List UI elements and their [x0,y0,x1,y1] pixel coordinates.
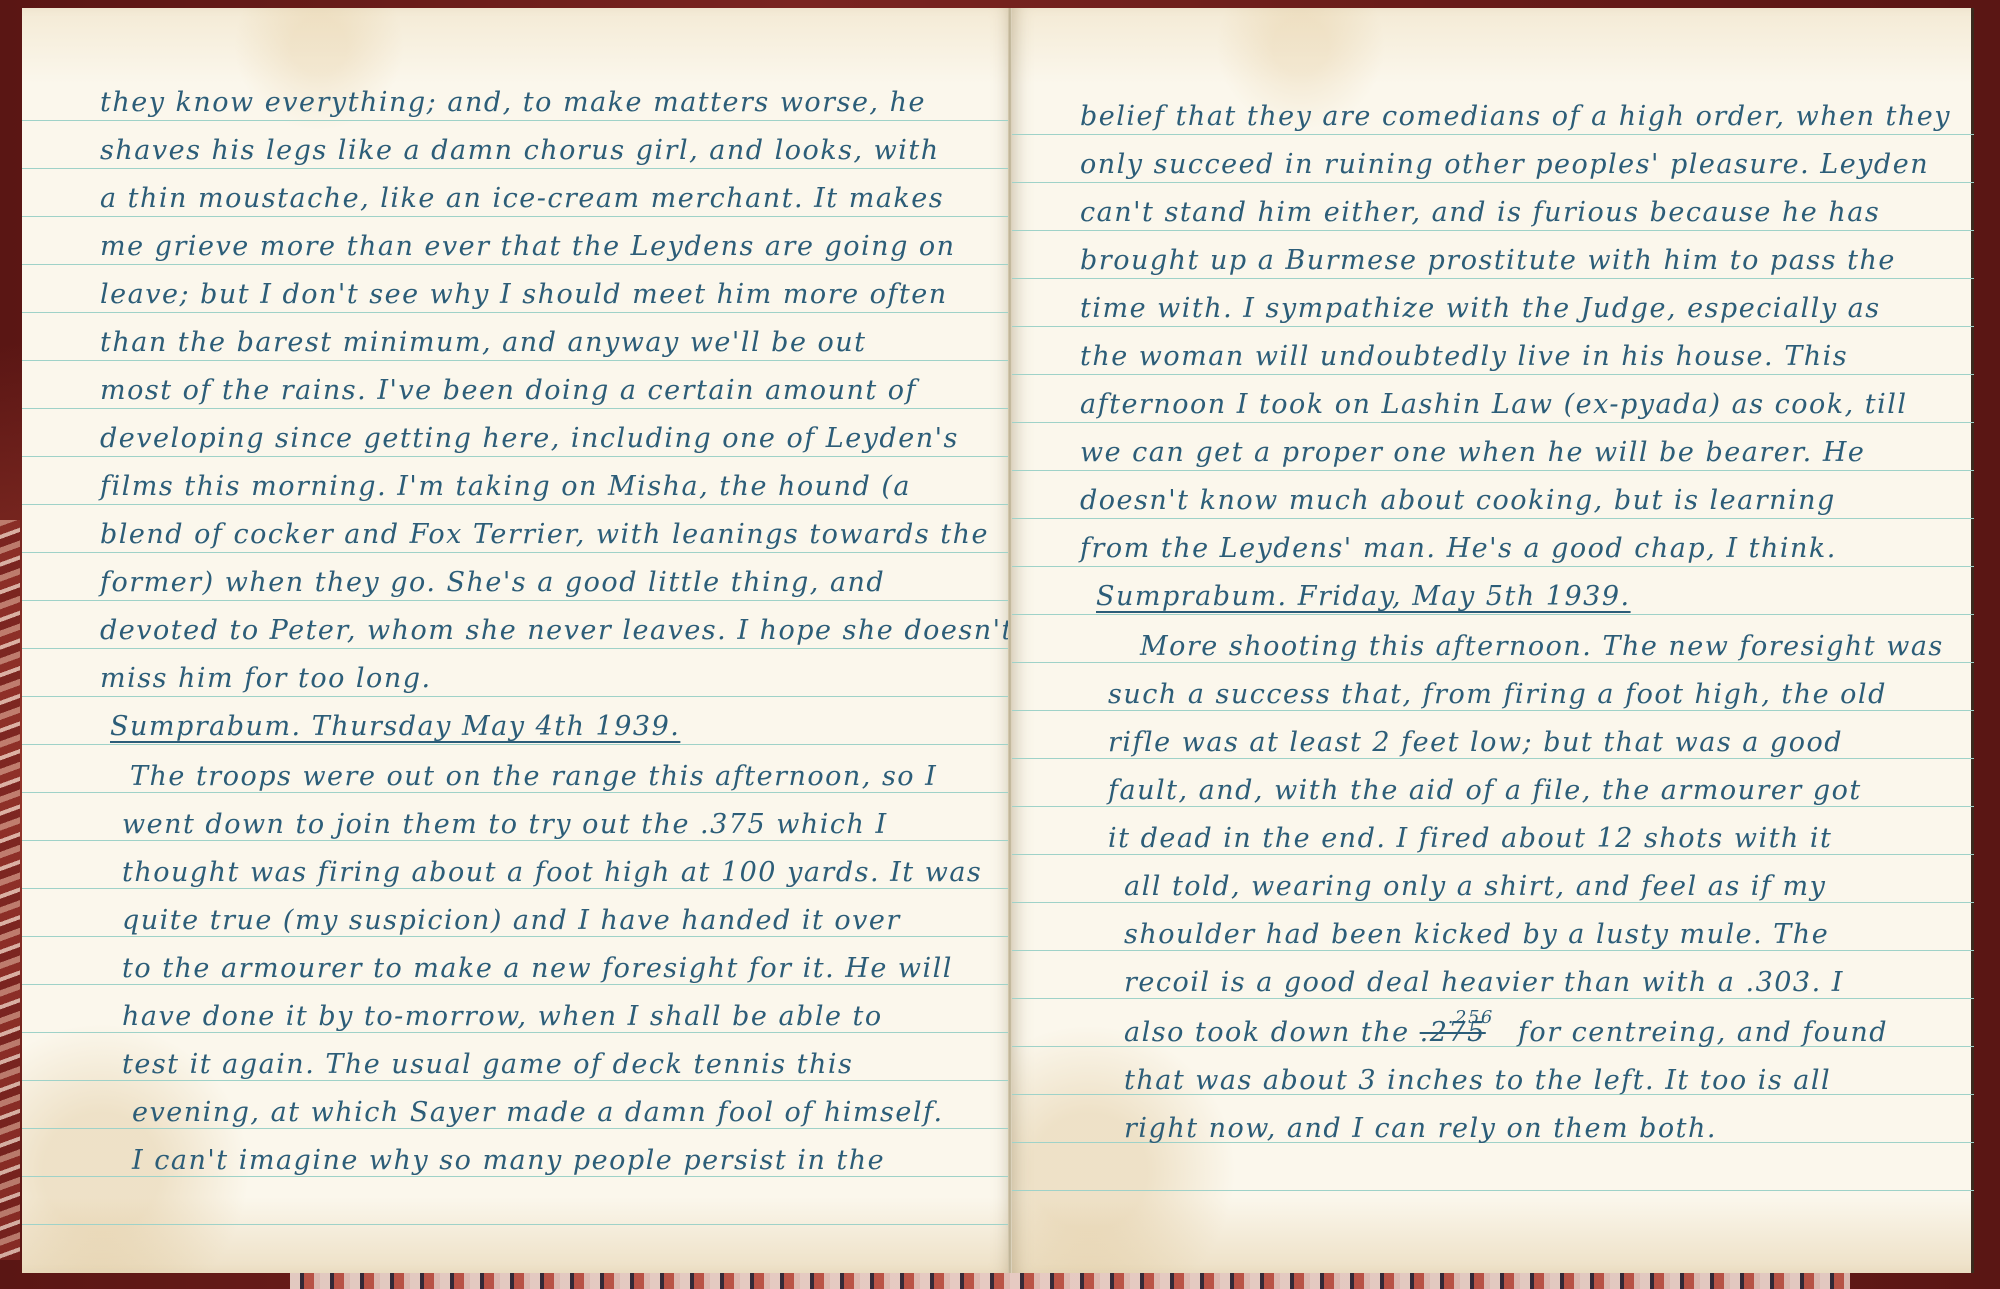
text-line: that was about 3 inches to the left. It … [1124,1064,1831,1098]
text-line: than the barest minimum, and anyway we'l… [100,326,867,360]
rule-line [1012,1190,1974,1191]
rule-line [1012,182,1974,183]
text-line: recoil is a good deal heavier than with … [1124,966,1844,1000]
text-line-with-correction: also took down the .275.256 for centrein… [1124,1016,1888,1050]
text-line: all told, wearing only a shirt, and feel… [1124,870,1826,904]
text-line: quite true (my suspicion) and I have han… [122,904,901,938]
text-line: such a success that, from firing a foot … [1108,678,1887,712]
text-line: former) when they go. She's a good littl… [100,566,885,600]
correction-before: also took down the [1124,1017,1420,1048]
rule-line [1012,470,1974,471]
text-line: it dead in the end. I fired about 12 sho… [1108,822,1832,856]
text-line: from the Leydens' man. He's a good chap,… [1080,532,1837,566]
rule-line [1012,422,1974,423]
text-line: evening, at which Sayer made a damn fool… [132,1096,944,1130]
text-line: thought was firing about a foot high at … [122,856,982,890]
rule-line [22,696,1012,697]
text-line: the woman will undoubtedly live in his h… [1080,340,1848,374]
text-line: me grieve more than ever that the Leyden… [100,230,956,264]
text-line: can't stand him either, and is furious b… [1080,196,1880,230]
text-line: blend of cocker and Fox Terrier, with le… [100,518,989,552]
rule-line [22,1224,1012,1225]
rule-line [1012,278,1974,279]
rule-line [22,168,1012,169]
entry-heading-thursday: Sumprabum. Thursday May 4th 1939. [110,710,680,744]
text-line: right now, and I can rely on them both. [1124,1112,1717,1146]
rule-line [1012,518,1974,519]
text-line: went down to join them to try out the .3… [122,808,888,842]
rule-line [1012,230,1974,231]
rule-line [22,456,1012,457]
rule-line [22,360,1012,361]
rule-line [1012,566,1974,567]
marbled-endpaper-left [0,520,20,1260]
rule-line [1012,614,1974,615]
inserted-caliber: .256 [1448,1007,1494,1028]
text-line: they know everything; and, to make matte… [100,86,926,120]
text-line: a thin moustache, like an ice-cream merc… [100,182,944,216]
text-line: fault, and, with the aid of a file, the … [1108,774,1862,808]
rule-line [22,264,1012,265]
right-page: belief that they are comedians of a high… [1012,8,1974,1273]
rule-line [22,600,1012,601]
text-line: films this morning. I'm taking on Misha,… [100,470,911,504]
correction-after: for centreing, and found [1508,1017,1888,1048]
rule-line [22,552,1012,553]
left-page: they know everything; and, to make matte… [22,8,1012,1273]
text-line: afternoon I took on Lashin Law (ex-pyada… [1080,388,1908,422]
rule-line [22,312,1012,313]
rule-line [22,504,1012,505]
rule-line [22,408,1012,409]
text-line: devoted to Peter, whom she never leaves.… [100,614,1012,648]
marbled-endpaper-bottom [290,1271,1850,1289]
text-line: to the armourer to make a new foresight … [122,952,953,986]
text-line: doesn't know much about cooking, but is … [1080,484,1836,518]
text-line: I can't imagine why so many people persi… [132,1144,885,1178]
rule-line [22,120,1012,121]
text-line: leave; but I don't see why I should meet… [100,278,948,312]
text-line: brought up a Burmese prostitute with him… [1080,244,1896,278]
text-line: we can get a proper one when he will be … [1080,436,1865,470]
rule-line [1012,134,1974,135]
text-line: only succeed in ruining other peoples' p… [1080,148,1929,182]
rule-line [22,744,1012,745]
text-line: shaves his legs like a damn chorus girl,… [100,134,940,168]
entry-heading-friday: Sumprabum. Friday, May 5th 1939. [1096,580,1631,614]
rule-line [1012,374,1974,375]
rule-line [1012,326,1974,327]
text-line: belief that they are comedians of a high… [1080,100,1951,134]
rule-line [22,216,1012,217]
text-line: time with. I sympathize with the Judge, … [1080,292,1881,326]
text-line: most of the rains. I've been doing a cer… [100,374,917,408]
text-line: developing since getting here, including… [100,422,959,456]
text-line: The troops were out on the range this af… [130,760,937,794]
text-line: miss him for too long. [100,662,432,696]
book-gutter [1008,8,1012,1273]
text-line: have done it by to-morrow, when I shall … [122,1000,883,1034]
text-line: More shooting this afternoon. The new fo… [1140,630,1944,664]
text-line: shoulder had been kicked by a lusty mule… [1124,918,1829,952]
rule-line [22,648,1012,649]
text-line: rifle was at least 2 feet low; but that … [1108,726,1843,760]
text-line: test it again. The usual game of deck te… [122,1048,853,1082]
